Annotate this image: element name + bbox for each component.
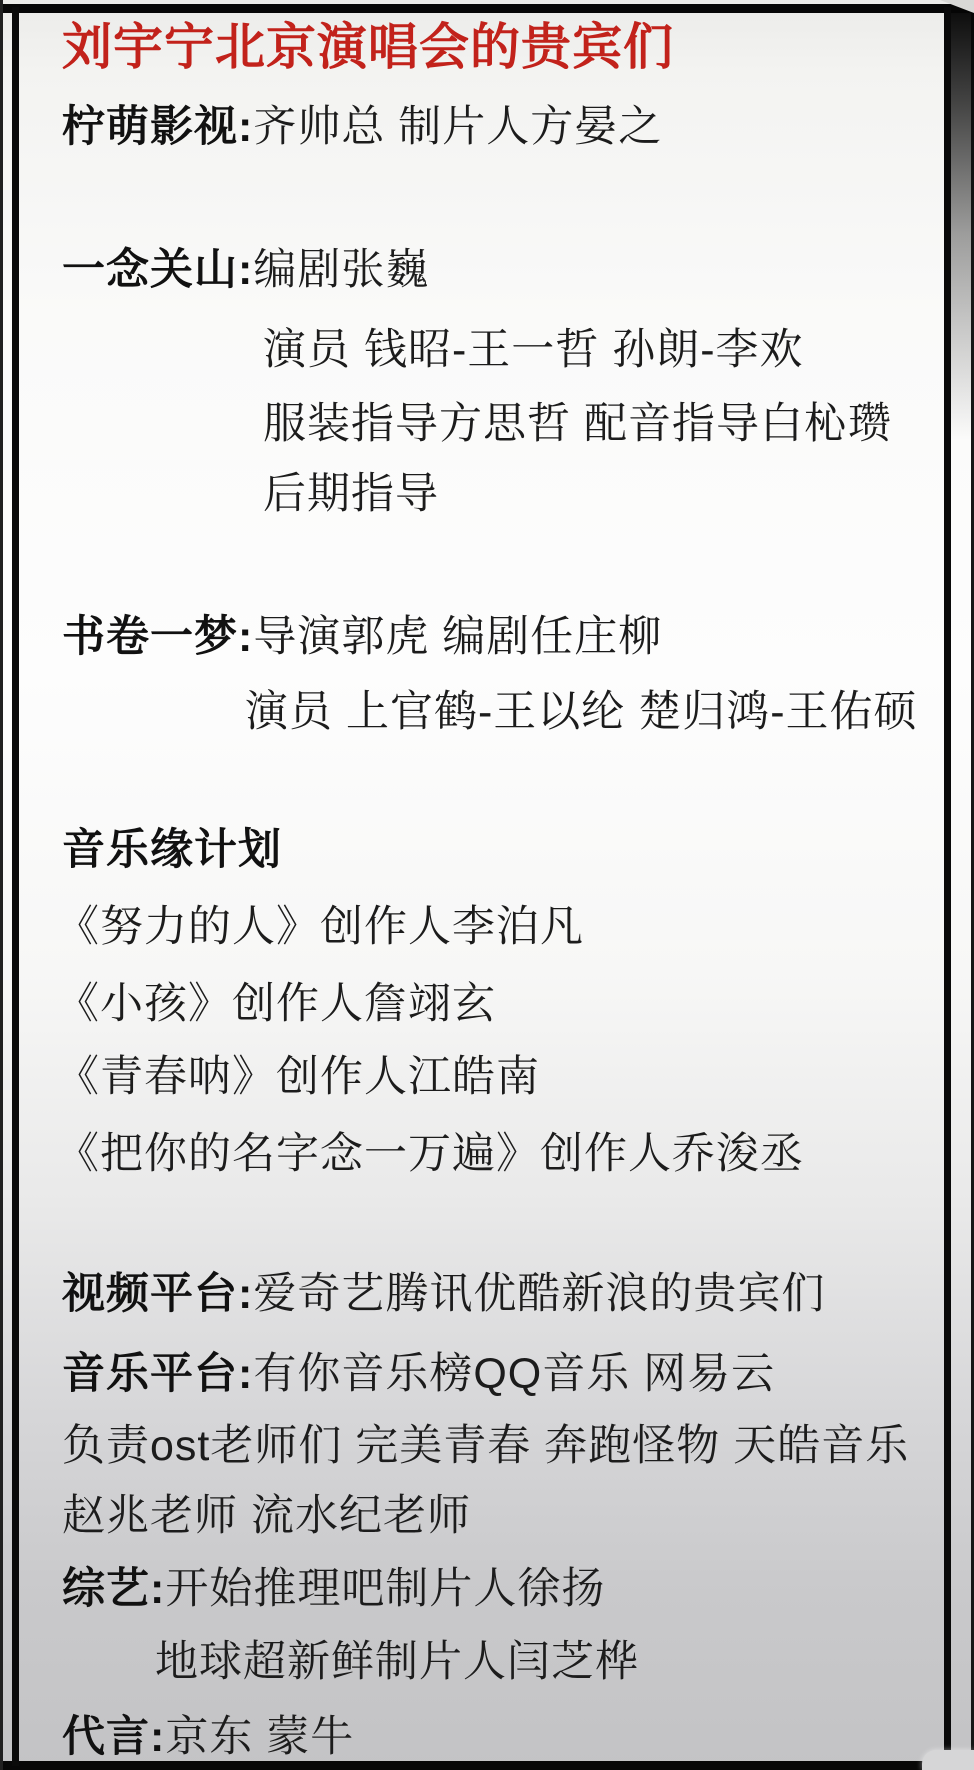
line-text: 赵兆老师 流水纪老师 xyxy=(62,1492,471,1540)
line-label: 代言: xyxy=(62,1713,165,1761)
line-text: 导演郭虎 编剧任庄柳 xyxy=(253,613,662,661)
top-right-shadow xyxy=(951,10,974,440)
line-text: 服装指导方思哲 配音指导白杺瓒 xyxy=(263,400,892,448)
line-text: 《青春呐》创作人江皓南 xyxy=(56,1053,540,1101)
line-label: 音乐平台: xyxy=(62,1350,253,1398)
frame-left-border xyxy=(12,7,19,1766)
line-music-platforms: 音乐平台:有你音乐榜QQ音乐 网易云 xyxy=(62,1350,775,1399)
frame-right-border xyxy=(944,7,951,1766)
line-video-platforms: 视频平台:爱奇艺腾讯优酷新浪的贵宾们 xyxy=(62,1270,825,1319)
line-label: 柠萌影视: xyxy=(62,103,253,151)
line-text: 《小孩》创作人詹翊玄 xyxy=(56,980,496,1028)
line-shujuan-cast: 演员 上官鹤-王以纶 楚归鸿-王佑硕 xyxy=(245,688,918,737)
line-label: 综艺: xyxy=(62,1565,165,1613)
page-title: 刘宇宁北京演唱会的贵宾们 xyxy=(62,20,674,75)
line-text: 开始推理吧制片人徐扬 xyxy=(165,1565,605,1613)
line-yinian-cast: 演员 钱昭-王一哲 孙朗-李欢 xyxy=(263,326,804,375)
bottom-right-rounded-fragment xyxy=(922,1750,974,1770)
line-text: 有你音乐榜QQ音乐 网易云 xyxy=(253,1350,775,1398)
top-right-corner-sliver xyxy=(940,0,974,13)
line-shujuan-yimeng: 书卷一梦:导演郭虎 编剧任庄柳 xyxy=(62,613,662,662)
line-label: 一念关山: xyxy=(62,246,253,294)
line-song-nuli-de-ren: 《努力的人》创作人李泊凡 xyxy=(56,903,584,952)
line-endorsements: 代言:京东 蒙牛 xyxy=(62,1713,354,1762)
line-label: 音乐缘计划 xyxy=(62,826,282,874)
line-song-mingzi-yiwanbian: 《把你的名字念一万遍》创作人乔浚丞 xyxy=(56,1130,804,1179)
line-label: 视频平台: xyxy=(62,1270,253,1318)
line-text: 齐帅总 制片人方晏之 xyxy=(253,103,662,151)
line-text: 地球超新鲜制片人闫芝桦 xyxy=(155,1638,639,1686)
line-text: 演员 钱昭-王一哲 孙朗-李欢 xyxy=(263,326,804,374)
line-ost-teachers: 负责ost老师们 完美青春 奔跑怪物 天皓音乐 xyxy=(62,1422,909,1471)
line-ningmeng-yingshi: 柠萌影视:齐帅总 制片人方晏之 xyxy=(62,103,662,152)
photographed-text-page: 刘宇宁北京演唱会的贵宾们 柠萌影视:齐帅总 制片人方晏之 一念关山:编剧张巍 演… xyxy=(0,0,974,1770)
line-yinian-costume-voice: 服装指导方思哲 配音指导白杺瓒 xyxy=(263,400,892,449)
line-zhaozhao-liushuiji: 赵兆老师 流水纪老师 xyxy=(62,1492,471,1541)
line-music-project-header: 音乐缘计划 xyxy=(62,826,282,875)
line-text: 爱奇艺腾讯优酷新浪的贵宾们 xyxy=(253,1270,825,1318)
photo-left-edge-line xyxy=(0,0,3,1770)
line-label: 书卷一梦: xyxy=(62,613,253,661)
line-text: 编剧张巍 xyxy=(253,246,429,294)
line-text: 京东 蒙牛 xyxy=(165,1713,354,1761)
line-song-qingchunna: 《青春呐》创作人江皓南 xyxy=(56,1053,540,1102)
line-variety-shows: 综艺:开始推理吧制片人徐扬 xyxy=(62,1565,605,1614)
line-text: 后期指导 xyxy=(263,470,439,518)
line-song-xiaohai: 《小孩》创作人詹翊玄 xyxy=(56,980,496,1029)
frame-top-bar xyxy=(3,4,971,13)
line-text: 演员 上官鹤-王以纶 楚归鸿-王佑硕 xyxy=(245,688,918,736)
line-yinian-post-production: 后期指导 xyxy=(263,470,439,519)
line-text: 《把你的名字念一万遍》创作人乔浚丞 xyxy=(56,1130,804,1178)
line-variety-earth-fresh: 地球超新鲜制片人闫芝桦 xyxy=(155,1638,639,1687)
line-text: 《努力的人》创作人李泊凡 xyxy=(56,903,584,951)
line-text: 负责ost老师们 完美青春 奔跑怪物 天皓音乐 xyxy=(62,1422,909,1470)
line-yinian-guanshan: 一念关山:编剧张巍 xyxy=(62,246,429,295)
